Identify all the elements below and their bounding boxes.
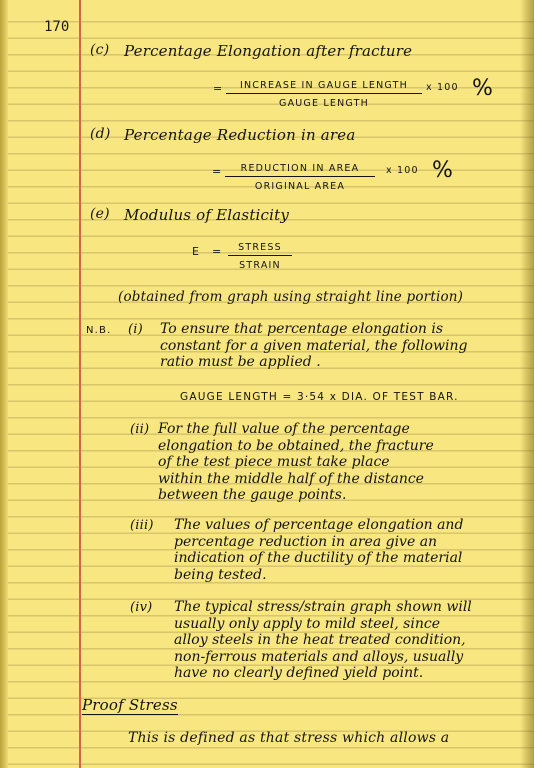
note-4-line: usually only apply to mild steel, since <box>174 616 519 633</box>
section-c-multiplier: x 100 <box>426 82 459 93</box>
note-4-line: The typical stress/strain graph shown wi… <box>174 599 519 616</box>
section-d-numerator: REDUCTION IN AREA <box>225 163 375 177</box>
section-c-equals: = <box>213 82 223 95</box>
note-1-line: ratio must be applied . <box>160 354 530 371</box>
section-d-multiplier: x 100 <box>386 165 419 176</box>
section-c-numerator: INCREASE IN GAUGE LENGTH <box>226 80 422 94</box>
section-e-lhs: E <box>192 245 200 258</box>
note-3-text: The values of percentage elongation and … <box>174 517 519 583</box>
note-4-line: have no clearly defined yield point. <box>174 665 519 682</box>
note-4-label: (iv) <box>130 600 152 615</box>
page-number: 170 <box>44 19 69 35</box>
note-3-line: The values of percentage elongation and <box>174 517 519 534</box>
note-4-text: The typical stress/strain graph shown wi… <box>174 599 519 682</box>
note-1-formula: GAUGE LENGTH = 3·54 x DIA. OF TEST BAR. <box>180 391 459 403</box>
page-binding-edge <box>0 0 8 768</box>
section-e-numerator: STRESS <box>228 242 292 256</box>
nb-prefix: N.B. <box>86 325 112 336</box>
note-1-line: constant for a given material, the follo… <box>160 338 530 355</box>
section-e-label: (e) <box>90 206 110 222</box>
margin-line <box>79 0 81 768</box>
proof-stress-text: This is defined as that stress which all… <box>128 730 449 746</box>
section-c-title: Percentage Elongation after fracture <box>124 42 412 60</box>
note-3-line: percentage reduction in area give an <box>174 534 519 551</box>
section-e-note: (obtained from graph using straight line… <box>118 289 463 305</box>
note-3-label: (iii) <box>130 518 154 533</box>
section-c-label: (c) <box>90 42 109 58</box>
proof-stress-heading: Proof Stress <box>82 696 178 715</box>
section-d-fraction: REDUCTION IN AREA ORIGINAL AREA <box>225 163 375 192</box>
notebook-page: 170 (c) Percentage Elongation after frac… <box>0 0 534 768</box>
note-2-line: For the full value of the percentage <box>158 421 528 438</box>
section-e-equals: = <box>212 245 222 258</box>
section-c-percent: % <box>472 76 493 101</box>
note-2-line: of the test piece must take place <box>158 454 528 471</box>
section-e-denominator: STRAIN <box>228 256 292 271</box>
note-4-line: non-ferrous materials and alloys, usuall… <box>174 649 519 666</box>
section-d-equals: = <box>212 165 222 178</box>
note-3-line: being tested. <box>174 567 519 584</box>
section-e-fraction: STRESS STRAIN <box>228 242 292 271</box>
note-2-label: (ii) <box>130 422 149 437</box>
page-edge-shadow <box>520 0 534 768</box>
note-1-line: To ensure that percentage elongation is <box>160 321 530 338</box>
section-d-denominator: ORIGINAL AREA <box>225 177 375 192</box>
note-2-line: elongation to be obtained, the fracture <box>158 438 528 455</box>
note-2-line: within the middle half of the distance <box>158 471 528 488</box>
section-c-denominator: GAUGE LENGTH <box>226 94 422 109</box>
section-d-percent: % <box>432 158 453 183</box>
section-d-title: Percentage Reduction in area <box>124 126 356 144</box>
note-1-label: (i) <box>128 322 143 337</box>
note-4-line: alloy steels in the heat treated conditi… <box>174 632 519 649</box>
section-c-fraction: INCREASE IN GAUGE LENGTH GAUGE LENGTH <box>226 80 422 109</box>
note-2-text: For the full value of the percentage elo… <box>158 421 528 504</box>
note-1-text: To ensure that percentage elongation is … <box>160 321 530 371</box>
note-2-line: between the gauge points. <box>158 487 528 504</box>
note-3-line: indication of the ductility of the mater… <box>174 550 519 567</box>
section-e-title: Modulus of Elasticity <box>124 206 289 224</box>
section-d-label: (d) <box>90 126 111 142</box>
